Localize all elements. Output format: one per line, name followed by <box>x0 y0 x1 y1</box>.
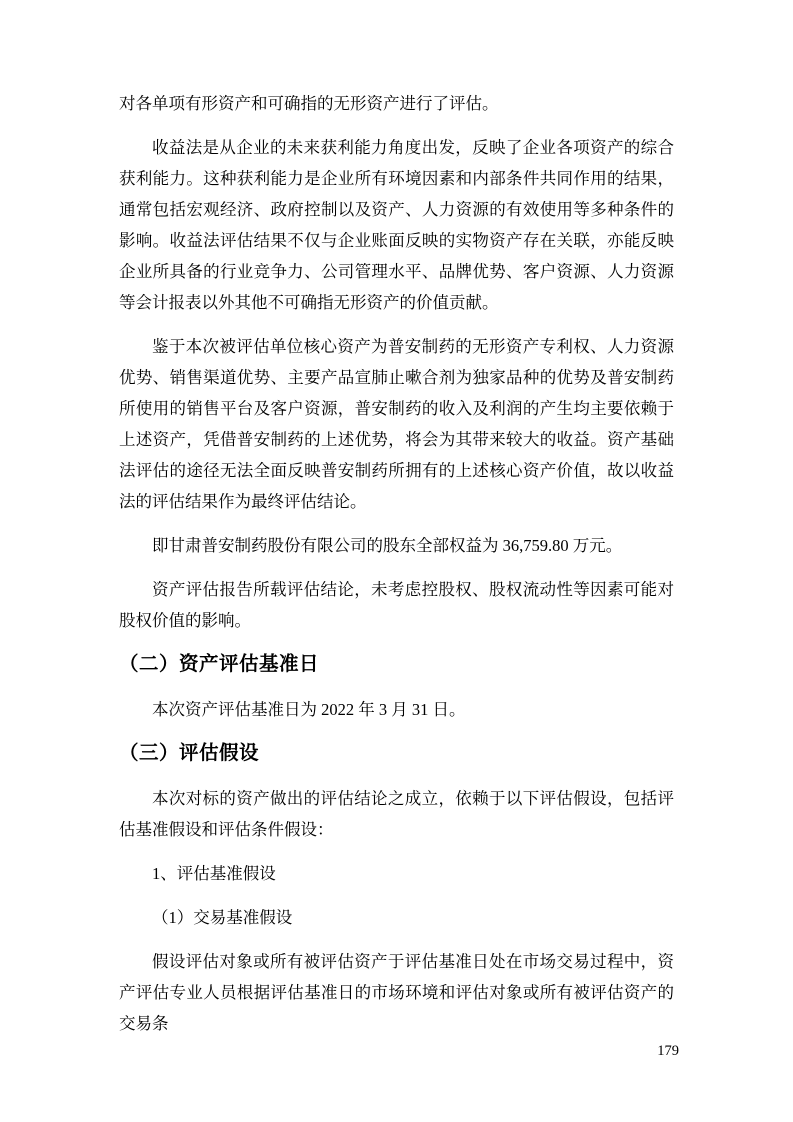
paragraph-valuation-continuation: 对各单项有形资产和可确指的无形资产进行了评估。 <box>119 88 674 119</box>
paragraph-conclusion-note: 资产评估报告所载评估结论，未考虑控股权、股权流动性等因素可能对股权价值的影响。 <box>119 574 674 636</box>
paragraph-assumptions-intro: 本次对标的资产做出的评估结论之成立，依赖于以下评估假设，包括评估基准假设和评估条… <box>119 783 674 845</box>
heading-assumptions: （三）评估假设 <box>119 738 674 768</box>
page-number: 179 <box>657 1044 679 1059</box>
list-item-transaction-assumption: （1）交易基准假设 <box>119 902 674 933</box>
paragraph-core-assets: 鉴于本次被评估单位核心资产为普安制药的无形资产专利权、人力资源优势、销售渠道优势… <box>119 331 674 517</box>
paragraph-income-method: 收益法是从企业的未来获利能力角度出发，反映了企业各项资产的综合获利能力。这种获利… <box>119 132 674 318</box>
paragraph-equity-value: 即甘肃普安制药股份有限公司的股东全部权益为 36,759.80 万元。 <box>119 530 674 561</box>
paragraph-transaction-assumption: 假设评估对象或所有被评估资产于评估基准日处在市场交易过程中，资产评估专业人员根据… <box>119 946 674 1039</box>
paragraph-benchmark-date: 本次资产评估基准日为 2022 年 3 月 31 日。 <box>119 694 674 725</box>
list-item-basis-assumption: 1、评估基准假设 <box>119 858 674 889</box>
document-page: 对各单项有形资产和可确指的无形资产进行了评估。 收益法是从企业的未来获利能力角度… <box>0 0 793 1122</box>
heading-benchmark-date: （二）资产评估基准日 <box>119 649 674 679</box>
